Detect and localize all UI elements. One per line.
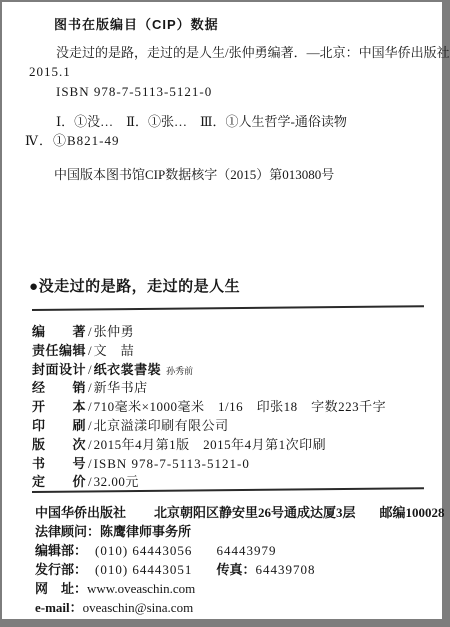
editorial-phone2: 64443979 (216, 543, 276, 558)
credit-row-printer: 印 刷/北京溢漾印刷有限公司 (32, 415, 432, 434)
credit-label: 责任编辑 (32, 340, 86, 359)
credit-row-author: 编 著/张仲勇 (32, 321, 432, 340)
credit-value: 新华书店 (94, 377, 148, 396)
credit-row-cover-design: 封面设计/纸衣裳書裝孙秀前 (32, 359, 432, 378)
distribution-phone: (010) 64443051 (95, 562, 192, 577)
credit-label: 编 著 (32, 321, 86, 340)
website-value: www.oveaschin.com (87, 581, 195, 596)
credit-value: 北京溢漾印刷有限公司 (94, 415, 229, 434)
credit-value: 710毫米×1000毫米 1/16 印张18 字数223千字 (94, 396, 386, 415)
credit-value: 纸衣裳書裝 (94, 359, 162, 378)
fax-number: 64439708 (255, 562, 315, 577)
credit-label: 封面设计 (32, 359, 86, 378)
editorial-label: 编辑部： (35, 543, 87, 558)
divider-line-top (32, 305, 424, 311)
distribution-dept-line: 发行部：(010) 64443051传真：64439708 (35, 562, 315, 577)
publisher-postcode: 邮编100028 (380, 505, 445, 520)
cip-header: 图书在版编目（CIP）数据 (54, 17, 219, 32)
publisher-name: 中国华侨出版社 (35, 505, 126, 520)
cip-record-number: 中国版本图书馆CIP数据核字（2015）第013080号 (54, 167, 334, 182)
cip-entry-line1: 没走过的是路，走过的是人生/张仲勇编著．—北京：中国华侨出版社， (56, 45, 450, 60)
page: 图书在版编目（CIP）数据 没走过的是路，走过的是人生/张仲勇编著．—北京：中国… (2, 2, 442, 619)
credit-row-edition: 版 次/2015年4月第1版 2015年4月第1次印刷 (32, 434, 432, 453)
credit-row-distributor: 经 销/新华书店 (32, 377, 432, 396)
credit-label: 印 刷 (32, 415, 86, 434)
book-title-text: 没走过的是路，走过的是人生 (39, 278, 241, 295)
credit-separator: / (88, 437, 92, 453)
credit-label: 经 销 (32, 377, 86, 396)
credit-value: ISBN 978-7-5113-5121-0 (94, 456, 250, 472)
publisher-line: 中国华侨出版社北京朝阳区静安里26号通成达厦3层邮编100028 (35, 505, 445, 520)
credit-label: 版 次 (32, 434, 86, 453)
cip-isbn: ISBN 978-7-5113-5121-0 (56, 84, 212, 99)
credit-label: 开 本 (32, 396, 86, 415)
scanned-copyright-page: { "colors": { "page_bg": "#ffffff", "fra… (0, 0, 450, 627)
credit-row-format: 开 本/710毫米×1000毫米 1/16 印张18 字数223千字 (32, 396, 432, 415)
cip-entry-line2: 2015.1 (29, 64, 71, 79)
legal-counsel-line: 法律顾问：陈鹰律师事务所 (35, 524, 191, 539)
legal-value: 陈鹰律师事务所 (100, 524, 191, 539)
book-title-line: ●没走过的是路，走过的是人生 (29, 278, 240, 295)
credit-value: 文 喆 (94, 340, 135, 359)
fax-label: 传真： (216, 562, 255, 577)
email-value: oveaschin@sina.com (83, 600, 194, 615)
credit-separator: / (88, 362, 92, 378)
credit-separator: / (88, 456, 92, 472)
credits-block: 编 著/张仲勇 责任编辑/文 喆 封面设计/纸衣裳書裝孙秀前 经 销/新华书店 … (32, 321, 432, 490)
email-line: e-mail：oveaschin@sina.com (35, 600, 193, 615)
credit-separator: / (88, 399, 92, 415)
credit-separator: / (88, 380, 92, 396)
cip-classification-line1: Ⅰ．①没… Ⅱ．①张… Ⅲ．①人生哲学-通俗读物 (56, 114, 347, 129)
credit-value: 32.00元 (94, 471, 139, 490)
legal-label: 法律顾问： (35, 524, 100, 539)
credit-separator: / (88, 474, 92, 490)
credit-row-editor: 责任编辑/文 喆 (32, 340, 432, 359)
email-label: e-mail： (35, 600, 83, 615)
credit-value: 2015年4月第1版 2015年4月第1次印刷 (94, 434, 327, 453)
credit-value: 张仲勇 (94, 321, 135, 340)
website-label: 网 址： (35, 581, 87, 596)
credit-separator: / (88, 324, 92, 340)
credit-separator: / (88, 418, 92, 434)
credit-row-isbn: 书 号/ISBN 978-7-5113-5121-0 (32, 453, 432, 472)
distribution-label: 发行部： (35, 562, 87, 577)
bullet-icon: ● (29, 278, 39, 295)
credit-label: 书 号 (32, 453, 86, 472)
cip-classification-line2: Ⅳ．①B821-49 (25, 133, 120, 148)
website-line: 网 址：www.oveaschin.com (35, 581, 195, 596)
credit-label: 定 价 (32, 471, 86, 490)
publisher-address: 北京朝阳区静安里26号通成达厦3层 (154, 505, 356, 520)
editorial-phone1: (010) 64443056 (95, 543, 192, 558)
editorial-dept-line: 编辑部：(010) 6444305664443979 (35, 543, 276, 558)
credit-separator: / (88, 343, 92, 359)
credit-designer-note: 孙秀前 (166, 364, 193, 377)
